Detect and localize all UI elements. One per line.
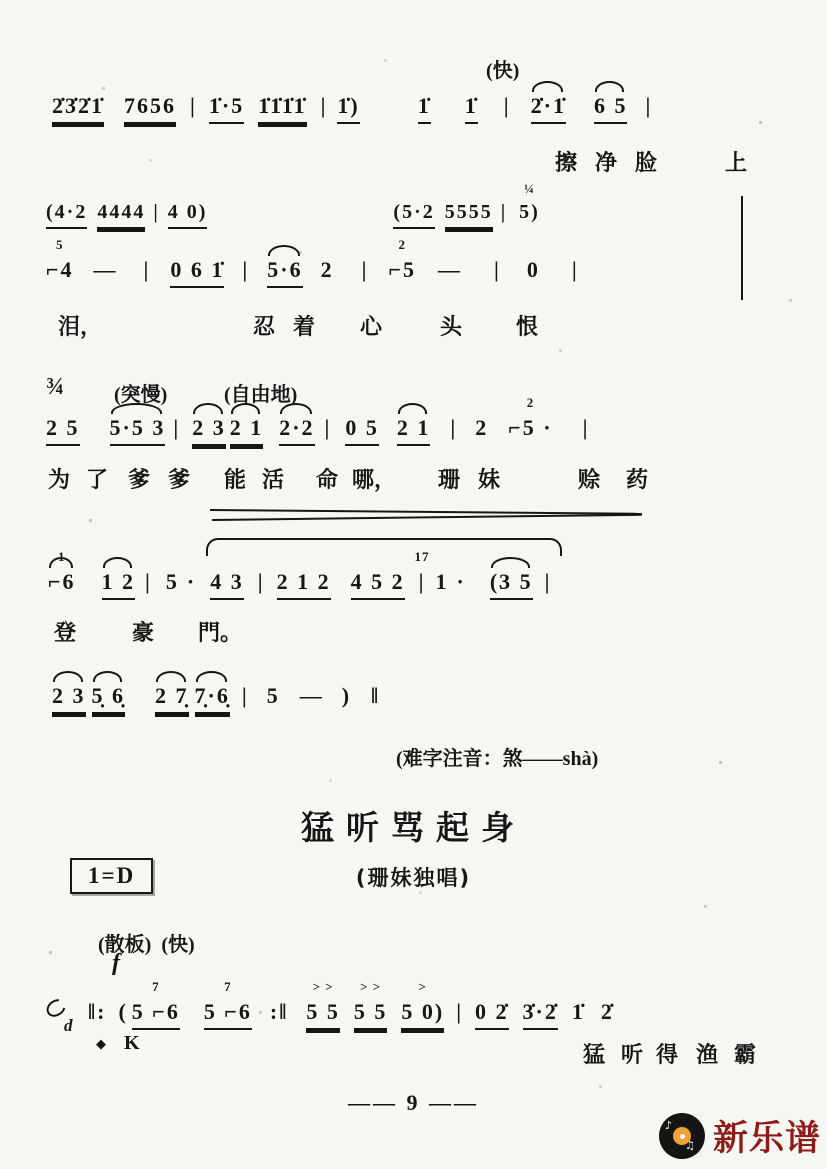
lyric-character: 净	[595, 146, 617, 177]
notation-system-6: ‖:(75 ⌐675 ⌐6:‖˃ ˃5 5˃ ˃5 5˃5 0)|0 2̇3̇·…	[88, 998, 614, 1030]
note-group: —	[438, 256, 462, 284]
note-group: 2̇	[601, 998, 614, 1026]
note-group: :‖	[270, 998, 288, 1026]
note-group: |	[572, 256, 579, 284]
note-group: 75 ⌐6	[204, 998, 252, 1030]
lyric-character: 头	[440, 310, 462, 341]
note-group: 5	[166, 568, 179, 596]
lyric-character: 心	[360, 310, 382, 341]
notation-system-2-cue: (4·24444|4 0)(5·25555|¼5)	[46, 200, 540, 229]
ornament-label: 17	[415, 549, 430, 565]
lyrics-line-3: 为了爹爹能活命哪，珊妹赊药	[0, 463, 827, 493]
note-group: 2 1	[230, 414, 264, 446]
note-group: 1̇1̇1̇1̇	[258, 92, 306, 124]
lyric-character: 上	[725, 146, 747, 177]
ornament-label: ˃ ˃	[360, 979, 381, 995]
phrase-line-lower	[212, 514, 642, 521]
brand-watermark: ♪ ♫ 新乐谱	[659, 1111, 821, 1161]
ornament-label: ˃	[419, 979, 427, 995]
lyric-character: 門。	[198, 616, 242, 647]
lyric-character: 忍	[253, 310, 275, 341]
note-group: |	[242, 256, 249, 284]
ornament-label: 7	[152, 979, 160, 995]
note-group: 2 3	[192, 414, 226, 446]
lyric-character: 哪，	[352, 463, 396, 494]
lyric-character: 为	[48, 463, 70, 494]
system-barline	[741, 196, 743, 300]
note-group: 5·5 3	[110, 414, 166, 446]
note-group: |	[242, 682, 249, 710]
note-group: 0 6 1̇	[170, 256, 224, 288]
note-group: 5·6	[267, 256, 302, 288]
tempo-label-fast-1: (快)	[486, 54, 519, 83]
pronunciation-note: (难字注音：煞——shà)	[396, 742, 598, 771]
dynamic-mark-f: f	[112, 950, 120, 977]
music-note-icon: ♫	[685, 1139, 695, 1152]
note-group: 4 5 2	[351, 568, 405, 600]
note-group: |	[190, 92, 197, 120]
long-slur-arc	[206, 538, 562, 556]
note-group: 5	[267, 682, 280, 710]
note-group: 1⌐6	[48, 568, 76, 596]
note-group: |	[545, 568, 552, 596]
lyrics-line-1: 擦净脸上	[0, 146, 827, 176]
lyric-character: 着	[293, 310, 315, 341]
note-group: 3̇·2̇	[523, 998, 558, 1030]
note-group: 0 2̇	[475, 998, 509, 1030]
ornament-label: ˃ ˃	[313, 979, 334, 995]
note-group: 75 ⌐6	[132, 998, 180, 1030]
note-group: (4·2	[46, 200, 87, 229]
note-group: ·	[187, 568, 196, 596]
note-group: 5̣ 6̣	[92, 682, 126, 714]
ornament-label: 1	[58, 549, 66, 565]
note-group: (	[118, 998, 127, 1026]
note-group: 17|	[419, 568, 426, 596]
ornament-label: 7	[224, 979, 232, 995]
note-group: 2⌐5 ·	[508, 414, 552, 442]
note-group: |	[456, 998, 463, 1026]
ornament-label: ¼	[524, 181, 535, 197]
song-title: 猛听骂起身	[0, 802, 827, 849]
note-group: ·	[456, 568, 465, 596]
lyric-character: 能	[224, 463, 246, 494]
note-group: ‖:	[88, 998, 106, 1026]
note-group: 0 5	[345, 414, 379, 446]
note-group: 2⌐5	[388, 256, 416, 284]
lyric-character: 听	[621, 1038, 643, 1069]
lyric-character: 珊	[438, 463, 460, 494]
note-group: 2̇·1̇	[531, 92, 566, 124]
note-group: ‖	[371, 682, 380, 710]
lyrics-line-2: 泪，忍着心头恨	[0, 310, 827, 340]
note-group: |	[504, 92, 511, 120]
note-group: 1̇	[572, 998, 585, 1026]
note-group: 1̇)	[337, 92, 359, 124]
note-group: 2	[475, 414, 488, 442]
note-group: 5⌐4	[46, 256, 74, 284]
note-group: |	[144, 256, 151, 284]
note-group: 6 5	[594, 92, 628, 124]
lyric-character: 泪，	[58, 310, 102, 341]
note-group: 2·2	[279, 414, 314, 446]
note-group: 1̇·5	[209, 92, 244, 124]
note-group: |	[173, 414, 180, 442]
lyric-character: 命	[316, 463, 338, 494]
meter-change-label: ¾	[46, 374, 64, 401]
note-group: (5·2	[393, 200, 434, 229]
note-group: 4 3	[210, 568, 244, 600]
note-group: 4444	[97, 200, 145, 229]
music-note-icon: ♪	[665, 1119, 672, 1132]
note-group: |	[145, 568, 152, 596]
note-group: |	[321, 92, 328, 120]
note-group: 1̇	[465, 92, 478, 124]
lyric-character: 药	[626, 463, 648, 494]
note-group: 2̇3̇2̇1̇	[52, 92, 104, 124]
note-group: |	[494, 256, 501, 284]
lyric-character: 爹	[168, 463, 190, 494]
note-group: ¼5)	[519, 200, 540, 225]
lyric-character: 赊	[578, 463, 600, 494]
note-group: |	[450, 414, 457, 442]
note-group: 2 3	[52, 682, 86, 714]
note-group: 7656	[124, 92, 176, 124]
lyric-character: 豪	[132, 616, 154, 647]
note-group: 0	[527, 256, 540, 284]
note-group: 1̇	[418, 92, 431, 124]
note-group: |	[645, 92, 652, 120]
note-group: |	[501, 200, 507, 225]
note-group: 2 1	[397, 414, 431, 446]
notation-system-5: 2 35̣ 6̣2 7̣7̣·6̣|5—)‖	[52, 682, 380, 714]
note-group: 1 2	[102, 568, 136, 600]
notation-system-2: 5⌐4—|0 6 1̇|5·62|2⌐5—|0|	[46, 256, 579, 288]
note-group: (3 5	[490, 568, 533, 600]
lyric-character: 活	[262, 463, 284, 494]
note-group: |	[258, 568, 265, 596]
notation-system-4: 1⌐61 2|5·4 3|2 1 24 5 217|1·(3 5|	[48, 568, 552, 600]
lyric-character: 登	[54, 616, 76, 647]
lyrics-line-4: 登豪門。	[0, 616, 827, 646]
lyric-character: 擦	[555, 146, 577, 177]
note-group: 2	[321, 256, 334, 284]
note-group: ˃ ˃5 5	[354, 998, 388, 1030]
note-group: 5555	[445, 200, 493, 229]
note-group: 7̣·6̣	[195, 682, 230, 714]
note-group: |	[153, 200, 159, 225]
lyric-character: 霸	[734, 1038, 756, 1069]
freely-label: (自由地)	[224, 378, 297, 407]
note-group: |	[583, 414, 590, 442]
note-group: 2 7̣	[155, 682, 189, 714]
note-group: —	[300, 682, 324, 710]
ornament-label: 5	[56, 237, 64, 253]
note-group: 2 1 2	[277, 568, 331, 600]
lyric-character: 脸	[635, 146, 657, 177]
lyrics-line-6: 猛听得渔霸	[0, 1038, 827, 1068]
ornament-label: 2	[527, 395, 535, 411]
note-group: —	[94, 256, 118, 284]
notation-system-1: 2̇3̇2̇1̇7656|1̇·51̇1̇1̇1̇|1̇)1̇1̇|2̇·1̇6…	[52, 92, 652, 124]
scan-noise	[0, 0, 1, 1]
margin-mark-d: d	[64, 1016, 73, 1036]
sheet-music-page: (快) 2̇3̇2̇1̇7656|1̇·51̇1̇1̇1̇|1̇)1̇1̇|2̇…	[0, 0, 827, 1169]
lyric-character: 渔	[696, 1038, 718, 1069]
lyric-character: 爹	[128, 463, 150, 494]
lyric-character: 猛	[583, 1038, 605, 1069]
lyric-character: 恨	[516, 310, 538, 341]
brand-name: 新乐谱	[713, 1111, 821, 1161]
note-group: |	[362, 256, 369, 284]
notation-system-3: 2 55·5 3|2 32 12·2|0 52 1|22⌐5 ·|	[46, 414, 590, 446]
vinyl-record-icon: ♪ ♫	[659, 1113, 705, 1159]
ornament-label: 2	[398, 237, 406, 253]
note-group: )	[342, 682, 351, 710]
note-group: ˃ ˃5 5	[306, 998, 340, 1030]
lyric-character: 妹	[478, 463, 500, 494]
note-group: 1	[435, 568, 448, 596]
lyric-character: 得	[656, 1038, 678, 1069]
note-group: 2 5	[46, 414, 80, 446]
key-signature-box: 1=D	[70, 858, 153, 894]
note-group: |	[325, 414, 332, 442]
note-group: 4 0)	[168, 200, 208, 229]
lyric-character: 了	[86, 463, 108, 494]
note-group: ˃5 0)	[401, 998, 444, 1030]
